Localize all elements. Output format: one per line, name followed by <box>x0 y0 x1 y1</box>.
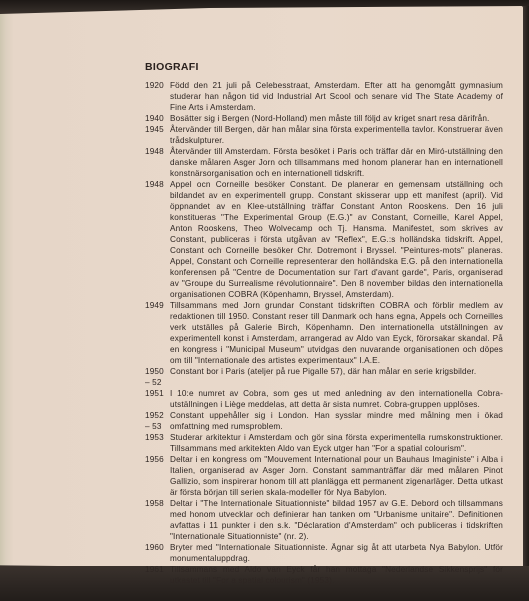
entry-year: 1949 <box>145 300 170 366</box>
entry-year: 1960 <box>145 542 170 564</box>
entry-text: Bryter med "Internationale Situationnist… <box>170 542 503 564</box>
entry-year: 1940 <box>145 113 170 124</box>
biography-entry: 1950 – 52 Constant bor i Paris (atelјer … <box>145 366 503 388</box>
entry-year: 1951 <box>145 388 170 410</box>
entry-year: 1945 <box>145 124 170 146</box>
biography-entry: 1961 Tillsammans med Aldo van Eyck får h… <box>145 564 503 586</box>
biography-entry: 1958 Deltar i "The Internationale Situat… <box>145 498 503 542</box>
entry-text: Deltar i en kongress om "Mouvement Inter… <box>170 454 503 498</box>
biography-entry: 1953 Studerar arkitektur i Amsterdam och… <box>145 432 503 454</box>
entry-text: Appel ocn Corneille besöker Constant. De… <box>170 179 503 300</box>
entry-year: 1952 – 53 <box>145 410 170 432</box>
entry-year: 1950 – 52 <box>145 366 170 388</box>
entry-text: Tillsammans med Aldo van Eyck får han mo… <box>170 564 503 586</box>
entry-year: 1958 <box>145 498 170 542</box>
entry-text: Constant uppehåller sig i London. Han sy… <box>170 410 503 432</box>
entry-year: 1948 <box>145 146 170 179</box>
entry-text: Återvänder till Bergen, där han målar si… <box>170 124 503 146</box>
entry-year: 1961 <box>145 564 170 586</box>
biography-entry: 1920 Född den 21 juli på Celebesstraat, … <box>145 80 503 113</box>
biography-entry: 1952 – 53 Constant uppehåller sig i Lond… <box>145 410 503 432</box>
biography-entry: 1949 Tillsammans med Jorn grundar Consta… <box>145 300 503 366</box>
entry-text: Constant bor i Paris (atelјer på rue Pig… <box>170 366 503 388</box>
entry-text: Återvänder till Amsterdam. Första besöke… <box>170 146 503 179</box>
entry-text: Tillsammans med Jorn grundar Constant ti… <box>170 300 503 366</box>
biography-entry: 1960 Bryter med "Internationale Situatio… <box>145 542 503 564</box>
entry-text: I 10:e numret av Cobra, som ges ut med a… <box>170 388 503 410</box>
entry-year: 1953 <box>145 432 170 454</box>
biography-entry: 1940 Bosätter sig i Bergen (Nord-Holland… <box>145 113 503 124</box>
biography-entry: 1945 Återvänder till Bergen, där han mål… <box>145 124 503 146</box>
section-title: BIOGRAFI <box>145 62 503 73</box>
entry-text: Född den 21 juli på Celebesstraat, Amste… <box>170 80 503 113</box>
entry-text: Bosätter sig i Bergen (Nord-Holland) men… <box>170 113 503 124</box>
entry-year: 1956 <box>145 454 170 498</box>
entry-year: 1920 <box>145 80 170 113</box>
biography-entry: 1948 Appel ocn Corneille besöker Constan… <box>145 179 503 300</box>
biography-entry: 1948 Återvänder till Amsterdam. Första b… <box>145 146 503 179</box>
entry-text: Deltar i "The Internationale Situationni… <box>170 498 503 542</box>
entry-year: 1948 <box>145 179 170 300</box>
book-edge-right <box>523 6 529 572</box>
biography-entry: 1956 Deltar i en kongress om "Mouvement … <box>145 454 503 498</box>
entry-text: Studerar arkitektur i Amsterdam och gör … <box>170 432 503 454</box>
biography-entry: 1951 I 10:e numret av Cobra, som ges ut … <box>145 388 503 410</box>
biography-section: BIOGRAFI 1920 Född den 21 juli på Celebe… <box>145 62 503 586</box>
